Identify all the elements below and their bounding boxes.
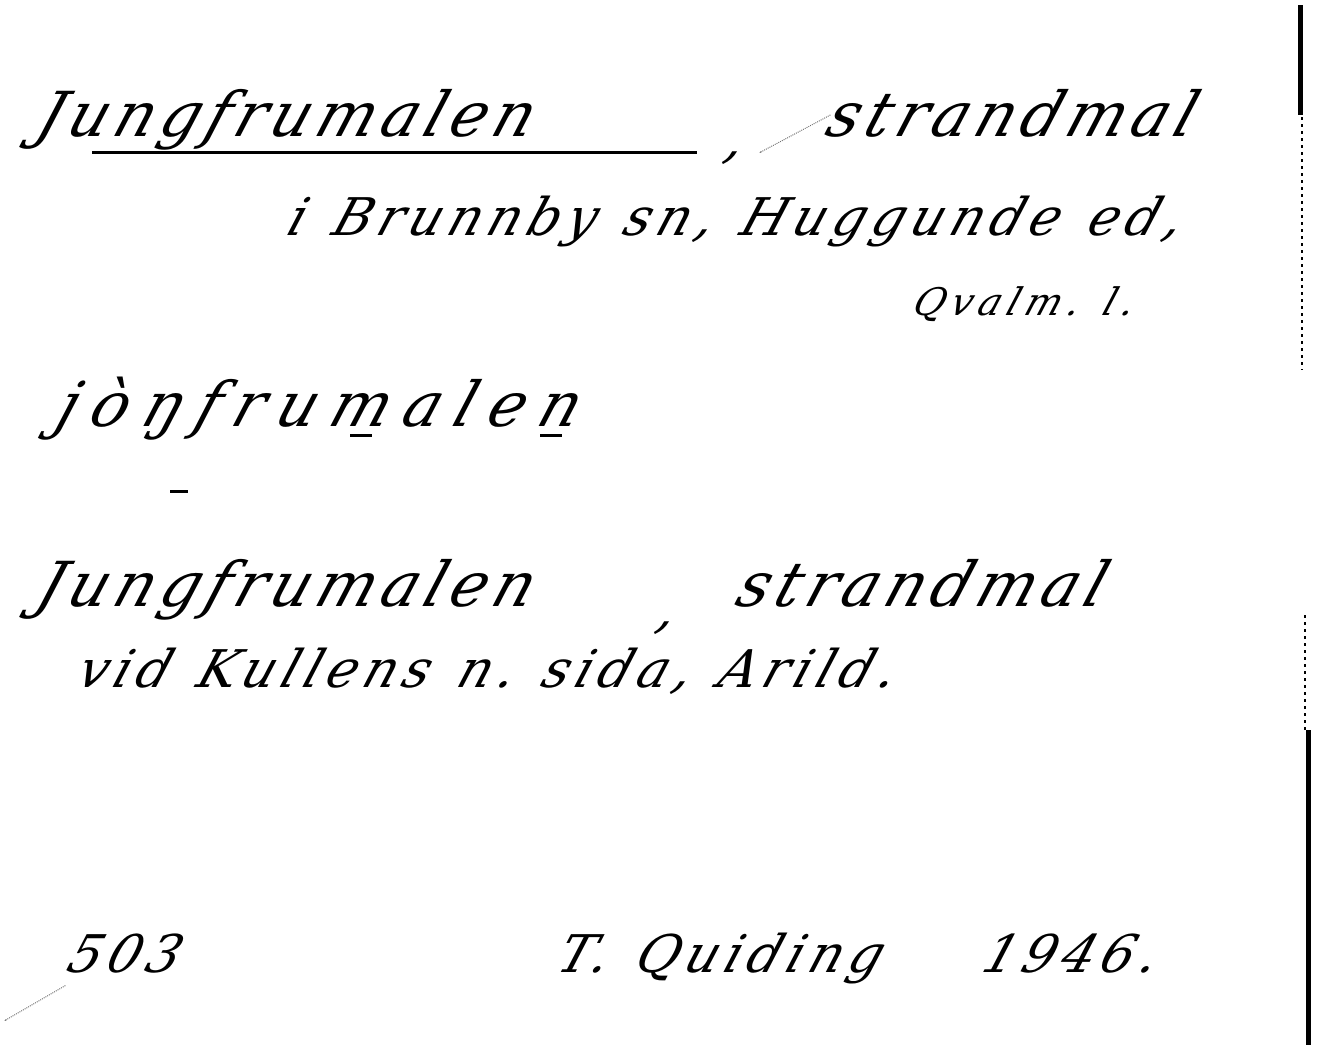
collection-year: 1946. [975, 925, 1173, 985]
phonetic-mark [350, 434, 372, 437]
card-edge [1306, 730, 1311, 1045]
card-number: 503 [60, 925, 197, 985]
card-edge [1301, 110, 1303, 370]
entry2-location: vid Kullens n. sida, Arild. [70, 640, 912, 700]
entry1-type: strandmal [818, 78, 1214, 151]
entry1-location-cont: Qvalm. l. [908, 280, 1148, 324]
entry1-headword: Jungfrumalen [28, 78, 553, 151]
collector-name: T. Quiding [550, 925, 899, 985]
card-edge [1298, 5, 1303, 115]
entry2-type: strandmal [728, 548, 1124, 621]
entry2-headword: Jungfrumalen [28, 548, 553, 621]
entry1-location: i Brunnby sn, Huggunde ed, [280, 188, 1198, 248]
entry1-comma: , [718, 110, 760, 170]
dotted-stroke [5, 985, 67, 1022]
phonetic-transcription: jòŋfrumalen [48, 368, 607, 441]
phonetic-mark [540, 434, 562, 437]
headword-underline [92, 151, 697, 154]
entry2-comma: , [650, 580, 692, 640]
card-edge [1304, 615, 1306, 730]
phonetic-mark [170, 490, 188, 493]
